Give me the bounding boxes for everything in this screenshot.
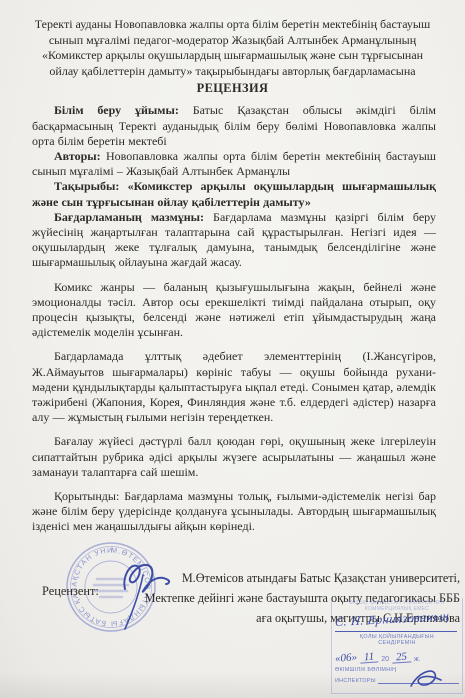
document-body: Білім беру ұйымы: Батыс Қазақстан облысы… bbox=[32, 103, 436, 534]
title-line-1: Теректі ауданы Новопавловка жалпы орта б… bbox=[0, 17, 465, 33]
paragraph-topic: Тақырыбы: «Комикстер арқылы оқушылардың … bbox=[32, 179, 436, 209]
date-suffix: ж. bbox=[414, 656, 421, 663]
document-title-block: Теректі ауданы Новопавловка жалпы орта б… bbox=[0, 0, 465, 96]
paragraph-text: Багдарламада ұлттық әдебиет элементтерін… bbox=[32, 349, 436, 424]
inspector-line-2: ИНСПЕКТОРЫ bbox=[335, 678, 376, 684]
paragraph-text: Бағалау жүйесі дәстүрлі балл қоюдан гөрі… bbox=[32, 434, 436, 478]
paragraph-label: Білім беру ұйымы: bbox=[54, 103, 179, 117]
scanned-review-document: Теректі ауданы Новопавловка жалпы орта б… bbox=[0, 0, 465, 698]
document-heading: РЕЦЕНЗИЯ bbox=[0, 80, 465, 96]
date-year-printed: 20 bbox=[381, 656, 389, 663]
title-line-4: ойлау қабілеттерін дамыту» тақырыбындағы… bbox=[0, 64, 465, 80]
title-line-3: «Комикстер арқылы оқушылардың шығармашыл… bbox=[0, 48, 465, 64]
paragraph-program-content: Бағдарламаның мазмұны: Бағдарлама мазмұн… bbox=[32, 210, 436, 271]
paragraph-conclusion: Қорытынды: Бағдарлама мазмұны толық, ғыл… bbox=[32, 489, 436, 535]
date-month-handwritten: 11 bbox=[360, 651, 379, 663]
paragraph-label: Авторы: bbox=[54, 149, 101, 163]
reviewer-line-university: М.Өтемісов атындағы Батыс Қазақстан унив… bbox=[145, 568, 460, 588]
stamp-date-row: «06» 11 2025 ж. bbox=[335, 652, 459, 663]
paragraph-national-literature: Багдарламада ұлттық әдебиет элементтерін… bbox=[32, 349, 436, 425]
date-year-handwritten: 25 bbox=[392, 651, 412, 663]
paragraph-author: Авторы: Новопавловка жалпы орта білім бе… bbox=[32, 149, 436, 179]
reviewer-signature-icon bbox=[116, 553, 174, 633]
paragraph-comic-genre: Комикс жанры — баланың қызығушылығына жа… bbox=[32, 280, 436, 341]
paragraph-education-org: Білім беру ұйымы: Батыс Қазақстан облысы… bbox=[32, 103, 436, 149]
inspector-signature-icon bbox=[408, 665, 444, 691]
paragraph-text: Комикс жанры — баланың қызығушылығына жа… bbox=[32, 280, 436, 340]
signature-underline bbox=[335, 631, 457, 632]
certification-box-stamp: БАТЫС ҚАЗАҚСТАН УНИВЕРСИТЕТІ КОММЕРЦИЯЛЫ… bbox=[331, 598, 463, 694]
reviewer-label: Рецензент: bbox=[42, 584, 99, 599]
date-day-handwritten: «06» bbox=[335, 652, 358, 664]
paragraph-assessment: Бағалау жүйесі дәстүрлі балл қоюдан гөрі… bbox=[32, 434, 436, 480]
title-line-2: сынып мұғалімі педагог-модератор Жазықба… bbox=[0, 33, 465, 49]
paragraph-label: Тақырыбы: bbox=[54, 179, 119, 193]
certify-text-line-2: СЕНДІРЕМІН bbox=[335, 640, 459, 646]
paragraph-label: Бағдарламаның мазмұны: bbox=[54, 210, 204, 224]
paragraph-text: Қорытынды: Бағдарлама мазмұны толық, ғыл… bbox=[32, 489, 436, 533]
